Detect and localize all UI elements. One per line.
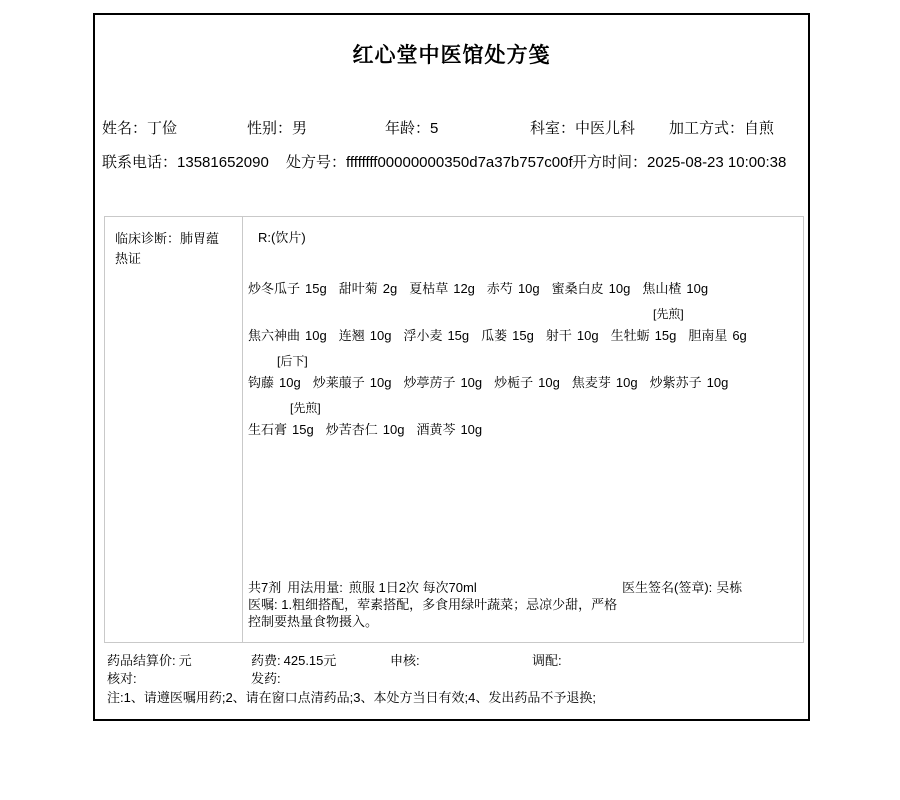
field-label: 科室：: [530, 120, 575, 137]
herb-name: 炒苦杏仁: [326, 422, 378, 437]
herb-name: 炒莱菔子: [313, 375, 365, 390]
herb-item: 炒栀子10g: [494, 375, 560, 390]
issue-time-field: 开方时间：2025-08-23 10:00:38: [572, 151, 786, 172]
field-label: 加工方式：: [669, 120, 744, 137]
usage-value: 煎服 1日2次 每次70ml: [349, 580, 477, 595]
prescription-cell: R:(饮片) 炒冬瓜子15g甜叶菊2g夏枯草12g赤芍10g蜜桑白皮10g焦山楂…: [243, 217, 803, 642]
herb-dose: 10g: [370, 328, 392, 343]
field-value: 男: [292, 120, 307, 137]
herb-dose: 15g: [447, 328, 469, 343]
field-value: 元: [179, 653, 192, 668]
herb-dose: 10g: [279, 375, 301, 390]
diagnosis-label: 临床诊断：: [115, 231, 180, 246]
processing-method-field: 加工方式：自煎: [669, 117, 774, 138]
herb-name: 炒冬瓜子: [248, 281, 300, 296]
field-value: 自煎: [744, 120, 774, 137]
herb-name: 焦山楂: [642, 281, 681, 296]
herb-line: 焦六神曲10g连翘10g浮小麦15g瓜蒌15g射干10g生牡蛎15g胆南星6g: [248, 327, 799, 344]
herb-name: 酒黄芩: [416, 422, 455, 437]
prescription-no-field: 处方号：ffffffff00000000350d7a37b757c00f: [286, 151, 573, 172]
herb-item: 炒苦杏仁10g: [326, 422, 405, 437]
herb-item: 夏枯草12g: [409, 281, 475, 296]
field-label: 发药:: [251, 671, 281, 686]
herb-item: 炒葶苈子10g: [403, 375, 482, 390]
field-label: 药品结算价:: [107, 653, 176, 668]
prescription-table: 临床诊断：肺胃蕴热证 R:(饮片) 炒冬瓜子15g甜叶菊2g夏枯草12g赤芍10…: [104, 216, 804, 643]
field-label: 调配:: [532, 653, 562, 668]
check-field: 核对:: [107, 668, 140, 687]
prescription-page: 红心堂中医馆处方笺 姓名：丁俭 性别：男 年龄：5 科室：中医儿科 加工方式：自…: [0, 0, 900, 800]
herb-name: 炒葶苈子: [403, 375, 455, 390]
doctor-signature: 医生签名(签章):吴栋: [622, 579, 742, 596]
field-value: 13581652090: [177, 154, 269, 171]
clinical-diagnosis-cell: 临床诊断：肺胃蕴热证: [105, 217, 243, 642]
herb-item: 炒紫苏子10g: [650, 375, 729, 390]
herb-dose: 10g: [383, 422, 405, 437]
footnote: 注:1、请遵医嘱用药;2、请在窗口点清药品;3、本处方当日有效;4、发出药品不予…: [107, 687, 596, 706]
herb-dose: 15g: [655, 328, 677, 343]
herb-item: 焦麦芽10g: [572, 375, 638, 390]
page-title: 红心堂中医馆处方笺: [95, 39, 808, 69]
herb-dose: 10g: [460, 422, 482, 437]
herb-name: 射干: [546, 328, 572, 343]
herb-name: 夏枯草: [409, 281, 448, 296]
settlement-row-2: 核对: 发药:: [95, 668, 808, 686]
usage-label: 用法用量:: [287, 580, 343, 595]
herb-line: 生石膏15g炒苦杏仁10g酒黄芩10g: [248, 421, 799, 438]
herb-item: 浮小麦15g: [403, 328, 469, 343]
herb-dose: 10g: [370, 375, 392, 390]
herb-item: 酒黄芩10g: [416, 422, 482, 437]
herb-name: 炒紫苏子: [650, 375, 702, 390]
herb-name: 胆南星: [688, 328, 727, 343]
herb-name: 钩藤: [248, 375, 274, 390]
herb-item: 射干10g: [546, 328, 599, 343]
doctor-name: 吴栋: [716, 580, 742, 595]
herb-item: 钩藤10g: [248, 375, 301, 390]
usage-block: 共7剂用法用量:煎服 1日2次 每次70ml 医生签名(签章):吴栋 医嘱: 1…: [248, 579, 797, 630]
field-value: 2025-08-23 10:00:38: [647, 154, 786, 171]
herb-item: 炒冬瓜子15g: [248, 281, 327, 296]
herb-dose: 6g: [732, 328, 746, 343]
herb-dose: 10g: [707, 375, 729, 390]
field-label: 联系电话：: [102, 154, 177, 171]
herb-name: 焦六神曲: [248, 328, 300, 343]
field-value: 中医儿科: [575, 120, 635, 137]
herb-line: 炒冬瓜子15g甜叶菊2g夏枯草12g赤芍10g蜜桑白皮10g焦山楂10g: [248, 280, 799, 297]
field-label: 处方号：: [286, 154, 346, 171]
decoction-note: [后下]: [248, 354, 799, 369]
herb-item: 焦六神曲10g: [248, 328, 327, 343]
herb-name: 焦麦芽: [572, 375, 611, 390]
herb-dose: 10g: [518, 281, 540, 296]
patient-name-field: 姓名：丁俭: [102, 117, 177, 138]
field-label: 开方时间：: [572, 154, 647, 171]
herb-item: 蜜桑白皮10g: [552, 281, 631, 296]
rx-header: R:(饮片): [258, 229, 799, 246]
herb-name: 炒栀子: [494, 375, 533, 390]
herb-item: 焦山楂10g: [642, 281, 708, 296]
herb-dose: 15g: [512, 328, 534, 343]
herb-dose: 10g: [616, 375, 638, 390]
patient-gender-field: 性别：男: [247, 117, 307, 138]
phone-field: 联系电话：13581652090: [102, 151, 269, 172]
herb-name: 生牡蛎: [611, 328, 650, 343]
doctor-signature-label: 医生签名(签章):: [622, 580, 712, 595]
herb-item: 生石膏15g: [248, 422, 314, 437]
field-label: 药费:: [251, 653, 281, 668]
medical-advice-line-1: 医嘱: 1.粗细搭配，荤素搭配，多食用绿叶蔬菜；忌凉少甜，严格: [248, 596, 797, 613]
patient-info-row: 姓名：丁俭 性别：男 年龄：5 科室：中医儿科 加工方式：自煎: [95, 117, 808, 135]
herb-name: 赤芍: [487, 281, 513, 296]
field-value: 425.15元: [284, 653, 337, 668]
herb-item: 连翘10g: [339, 328, 392, 343]
usage-line: 共7剂用法用量:煎服 1日2次 每次70ml 医生签名(签章):吴栋: [248, 579, 797, 596]
herb-dose: 10g: [538, 375, 560, 390]
medical-advice-line-2: 控制要热量食物摄入。: [248, 613, 797, 630]
decoction-note: [先煎]: [248, 401, 799, 416]
herb-dose: 2g: [383, 281, 397, 296]
settlement-row-1: 药品结算价:元 药费:425.15元 申核: 调配:: [95, 650, 808, 668]
herb-name: 生石膏: [248, 422, 287, 437]
field-value: 5: [430, 120, 438, 137]
review-field: 申核:: [390, 650, 423, 669]
herb-item: 生牡蛎15g: [611, 328, 677, 343]
field-value: ffffffff00000000350d7a37b757c00f: [346, 154, 573, 171]
herb-dose: 15g: [305, 281, 327, 296]
herb-dose: 15g: [292, 422, 314, 437]
herb-dose: 10g: [609, 281, 631, 296]
patient-age-field: 年龄：5: [385, 117, 438, 138]
herb-item: 赤芍10g: [487, 281, 540, 296]
herb-name: 甜叶菊: [339, 281, 378, 296]
settlement-row-3: 注:1、请遵医嘱用药;2、请在窗口点清药品;3、本处方当日有效;4、发出药品不予…: [95, 687, 808, 705]
dose-total: 共7剂: [248, 580, 281, 595]
field-label: 申核:: [390, 653, 420, 668]
field-label: 性别：: [247, 120, 292, 137]
prescription-lines: 炒冬瓜子15g甜叶菊2g夏枯草12g赤芍10g蜜桑白皮10g焦山楂10g[先煎]…: [248, 280, 799, 438]
herb-name: 蜜桑白皮: [552, 281, 604, 296]
herb-item: 瓜蒌15g: [481, 328, 534, 343]
herb-name: 浮小麦: [403, 328, 442, 343]
herb-dose: 10g: [577, 328, 599, 343]
herb-item: 胆南星6g: [688, 328, 746, 343]
herb-dose: 10g: [460, 375, 482, 390]
prescription-sheet: 红心堂中医馆处方笺 姓名：丁俭 性别：男 年龄：5 科室：中医儿科 加工方式：自…: [93, 13, 810, 721]
herb-name: 瓜蒌: [481, 328, 507, 343]
herb-line: 钩藤10g炒莱菔子10g炒葶苈子10g炒栀子10g焦麦芽10g炒紫苏子10g: [248, 374, 799, 391]
herb-name: 连翘: [339, 328, 365, 343]
herb-dose: 10g: [686, 281, 708, 296]
settle-price-field: 药品结算价:元: [107, 650, 192, 669]
field-label: 姓名：: [102, 120, 147, 137]
field-label: 年龄：: [385, 120, 430, 137]
dispense-field: 调配:: [532, 650, 565, 669]
field-label: 核对:: [107, 671, 137, 686]
herb-dose: 10g: [305, 328, 327, 343]
issue-field: 发药:: [251, 668, 284, 687]
herb-dose: 12g: [453, 281, 475, 296]
herb-item: 炒莱菔子10g: [313, 375, 392, 390]
prescription-flow: R:(饮片) 炒冬瓜子15g甜叶菊2g夏枯草12g赤芍10g蜜桑白皮10g焦山楂…: [243, 217, 803, 438]
fee-field: 药费:425.15元: [251, 650, 336, 669]
contact-info-row: 联系电话：13581652090 处方号：ffffffff00000000350…: [95, 151, 808, 169]
department-field: 科室：中医儿科: [530, 117, 635, 138]
decoction-note: [先煎]: [248, 307, 799, 322]
herb-item: 甜叶菊2g: [339, 281, 397, 296]
field-value: 丁俭: [147, 120, 177, 137]
